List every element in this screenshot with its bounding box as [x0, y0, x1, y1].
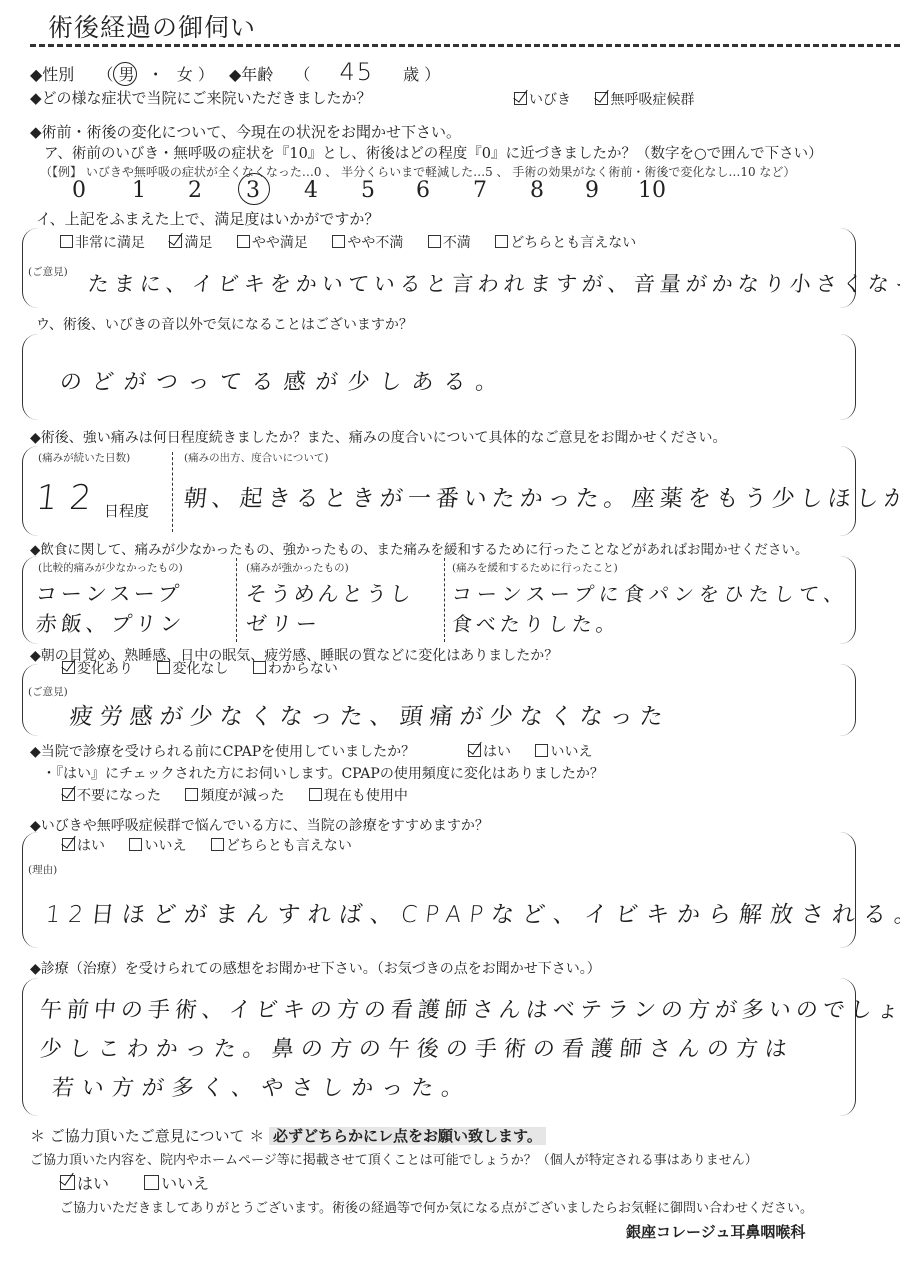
cpap-followup: ・『はい』にチェックされた方にお伺いします。CPAPの使用頻度に変化はありました… [42, 763, 604, 783]
recommend-options: はい いいえ どちらとも言えない [62, 835, 372, 855]
impressions-line-3[interactable]: 若い方が多く、やさしかった。 [50, 1071, 473, 1102]
scale-7[interactable]: 7 [473, 178, 487, 203]
consent-options: はい いいえ [60, 1171, 229, 1194]
change-question-a: ア、術前のいびき・無呼吸の症状を『10』とし、術後はどの程度『0』に近づきました… [44, 142, 823, 163]
consent-question: ご協力頂いた内容を、院内やホームページ等に掲載させて頂くことは可能でしょうか？（… [30, 1149, 758, 1168]
food-divider-1 [236, 558, 237, 642]
impressions-question: ◆診療（治療）を受けられての感想をお聞かせ下さい。（お気づきの点をお聞かせ下さい… [30, 958, 601, 978]
option-somewhat-satisfied[interactable]: やや満足 [237, 232, 308, 252]
age-value[interactable]: 45 [339, 58, 374, 86]
change-heading: ◆術前・術後の変化について、今現在の状況をお聞かせ下さい。 [30, 121, 461, 142]
checkbox-icon[interactable] [60, 1175, 75, 1190]
gender-option-male[interactable]: 男 [119, 65, 140, 84]
option-very-satisfied[interactable]: 非常に満足 [60, 232, 145, 252]
checkbox-icon[interactable] [514, 92, 527, 105]
checkbox-icon[interactable] [332, 235, 345, 248]
checkbox-icon[interactable] [535, 744, 548, 757]
satisfaction-comment[interactable]: たまに、イビキをかいていると言われますが、音量がかなり小さくなったと。 [86, 268, 900, 298]
option-recommend-neutral[interactable]: どちらとも言えない [211, 835, 352, 855]
option-recommend-no[interactable]: いいえ [129, 835, 186, 855]
page-title: 術後経過の御伺い [48, 8, 256, 44]
food-col-3-line-1[interactable]: コーンスープに食パンをひたして、 [450, 578, 850, 607]
option-cpap-no[interactable]: いいえ [535, 741, 592, 761]
option-dissatisfied[interactable]: 不満 [428, 232, 471, 252]
pain-question: ◆術後、強い痛みは何日程度続きましたか？また、痛みの度合いについて具体的なご意見… [30, 427, 726, 447]
checkbox-icon[interactable] [62, 838, 75, 851]
option-consent-no[interactable]: いいえ [144, 1171, 209, 1194]
scale-1[interactable]: 1 [132, 178, 146, 203]
scale-4[interactable]: 4 [304, 178, 318, 203]
option-neutral[interactable]: どちらとも言えない [495, 232, 636, 252]
checkbox-icon[interactable] [144, 1175, 159, 1190]
impressions-line-1[interactable]: 午前中の手術、イビキの方の看護師さんはベテランの方が多いのでしょうが [38, 993, 900, 1024]
option-cpap-yes[interactable]: はい [468, 741, 511, 761]
consent-heading: ＊ ご協力頂いたご意見について ＊ 必ずどちらかにレ点をお願い致します。 [30, 1125, 546, 1146]
pain-divider [172, 452, 173, 532]
checkbox-icon[interactable] [211, 838, 224, 851]
pain-days-value[interactable]: 12 [34, 478, 105, 518]
food-question: ◆飲食に関して、痛みが少なかったもの、強かったもの、また痛みを緩和するために行っ… [30, 538, 809, 558]
scale-8[interactable]: 8 [530, 178, 544, 203]
reason-label: (理由) [28, 862, 57, 877]
checkbox-icon[interactable] [169, 235, 182, 248]
checkbox-icon[interactable] [237, 235, 250, 248]
pain-detail-label: (痛みの出方、度合いについて) [184, 450, 328, 465]
cpap-question: ◆当院で診療を受けられる前にCPAPを使用していましたか？ [30, 741, 415, 761]
option-still-using[interactable]: 現在も使用中 [309, 785, 408, 805]
option-unknown[interactable]: わからない [253, 658, 338, 678]
scale-6[interactable]: 6 [416, 178, 430, 203]
option-no-longer-needed[interactable]: 不要になった [62, 785, 161, 805]
pain-days-unit: 日程度 [104, 500, 149, 521]
cpap-followup-options: 不要になった 頻度が減った 現在も使用中 [62, 785, 428, 805]
symptoms-question: ◆どの様な症状で当院にご来院いただきましたか？ [30, 87, 372, 108]
title-divider [30, 44, 900, 47]
option-apnea[interactable]: 無呼吸症候群 [595, 89, 694, 109]
option-changed[interactable]: 変化あり [62, 658, 133, 678]
consent-notice: 必ずどちらかにレ点をお願い致します。 [269, 1127, 546, 1145]
option-no-change[interactable]: 変化なし [157, 658, 228, 678]
food-col-1-line-2[interactable]: 赤飯、プリン [34, 608, 186, 638]
checkbox-icon[interactable] [428, 235, 441, 248]
other-concerns-answer[interactable]: のどがつってる感が少しある。 [58, 365, 509, 396]
food-col-2-label: (痛みが強かったもの) [246, 560, 349, 575]
food-col-1-label: (比較的痛みが少なかったもの) [38, 560, 183, 575]
selected-circle [238, 173, 270, 205]
age-label: ◆年齢 [229, 65, 273, 84]
profile-row: ◆性別 （ 男 ・ 女 ） ◆年齢 （ 45 歳 ） [30, 58, 440, 86]
comment-label: (ご意見) [28, 264, 68, 279]
morning-comment[interactable]: 疲労感が少なくなった、頭痛が少なくなった [68, 698, 671, 731]
option-satisfied[interactable]: 満足 [169, 232, 212, 252]
scale-10[interactable]: 10 [638, 178, 666, 203]
thanks-message: ご協力いただきましてありがとうございます。術後の経過等で何か気になる点がございま… [60, 1197, 813, 1216]
gender-option-female[interactable]: 女 [177, 65, 193, 84]
checkbox-icon[interactable] [253, 661, 266, 674]
gender-label: ◆性別 [30, 65, 74, 84]
food-col-3-line-2[interactable]: 食べたりした。 [450, 608, 621, 637]
checkbox-icon[interactable] [468, 744, 481, 757]
checkbox-icon[interactable] [185, 788, 198, 801]
clinic-name: 銀座コレージュ耳鼻咽喉科 [626, 1221, 805, 1242]
symptoms-options: いびき 無呼吸症候群 [514, 89, 714, 109]
option-consent-yes[interactable]: はい [60, 1171, 109, 1194]
morning-options: 変化あり 変化なし わからない [62, 658, 358, 678]
scale-2[interactable]: 2 [188, 178, 202, 203]
option-less-frequent[interactable]: 頻度が減った [185, 785, 284, 805]
change-scale: 0 1 2 3 4 5 6 7 8 9 10 [0, 178, 900, 208]
selected-circle [113, 62, 137, 86]
satisfaction-question: イ、上記をふまえた上で、満足度はいかがですか？ [36, 208, 379, 229]
pain-detail[interactable]: 朝、起きるときが一番いたかった。座薬をもう少しほしかった [182, 480, 900, 513]
recommend-reason[interactable]: 12日ほどがまんすれば、CPAPなど、イビキから解放される。 [44, 896, 900, 929]
food-divider-2 [444, 558, 445, 642]
scale-9[interactable]: 9 [585, 178, 599, 203]
satisfaction-options: 非常に満足 満足 やや満足 やや不満 不満 どちらとも言えない [60, 232, 656, 252]
checkbox-icon[interactable] [129, 838, 142, 851]
other-concerns-question: ウ、術後、いびきの音以外で気になることはございますか？ [36, 314, 413, 334]
checkbox-icon[interactable] [495, 235, 508, 248]
checkbox-icon[interactable] [60, 235, 73, 248]
scale-5[interactable]: 5 [361, 178, 375, 203]
impressions-line-2[interactable]: 少しこわかった。鼻の方の午後の手術の看護師さんの方は [38, 1032, 795, 1063]
option-recommend-yes[interactable]: はい [62, 835, 105, 855]
food-col-3-label: (痛みを緩和するために行ったこと) [452, 560, 618, 575]
checkbox-icon[interactable] [157, 661, 170, 674]
option-snoring[interactable]: いびき [514, 89, 571, 109]
option-somewhat-dissatisfied[interactable]: やや不満 [332, 232, 403, 252]
checkbox-icon[interactable] [62, 788, 75, 801]
morning-comment-label: (ご意見) [28, 684, 68, 699]
checkbox-icon[interactable] [595, 92, 608, 105]
checkbox-icon[interactable] [62, 661, 75, 674]
food-col-2-line-1[interactable]: そうめんとうし [244, 578, 415, 608]
food-col-2-line-2[interactable]: ゼリー [244, 608, 322, 638]
scale-0[interactable]: 0 [72, 178, 86, 203]
checkbox-icon[interactable] [309, 788, 322, 801]
pain-days-label: (痛みが続いた日数) [38, 450, 130, 465]
food-col-1-line-1[interactable]: コーンスープ [34, 578, 184, 608]
cpap-options: はい いいえ [468, 741, 612, 761]
